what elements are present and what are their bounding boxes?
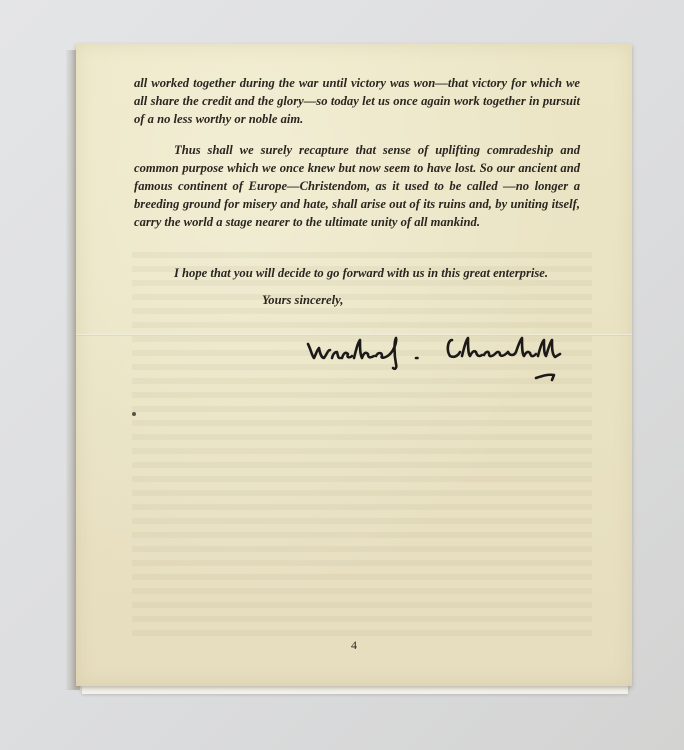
page-number: 4 xyxy=(76,638,632,653)
ink-speck xyxy=(132,412,136,416)
paragraph-1: all worked together during the war until… xyxy=(134,74,580,128)
handwritten-signature xyxy=(302,332,582,392)
paragraph-3: I hope that you will decide to go forwar… xyxy=(134,264,580,282)
document-page: all worked together during the war until… xyxy=(76,44,632,686)
closing-salutation: Yours sincerely, xyxy=(262,293,343,308)
paragraph-2: Thus shall we surely recapture that sens… xyxy=(134,141,580,231)
reverse-side-show-through xyxy=(132,244,592,644)
